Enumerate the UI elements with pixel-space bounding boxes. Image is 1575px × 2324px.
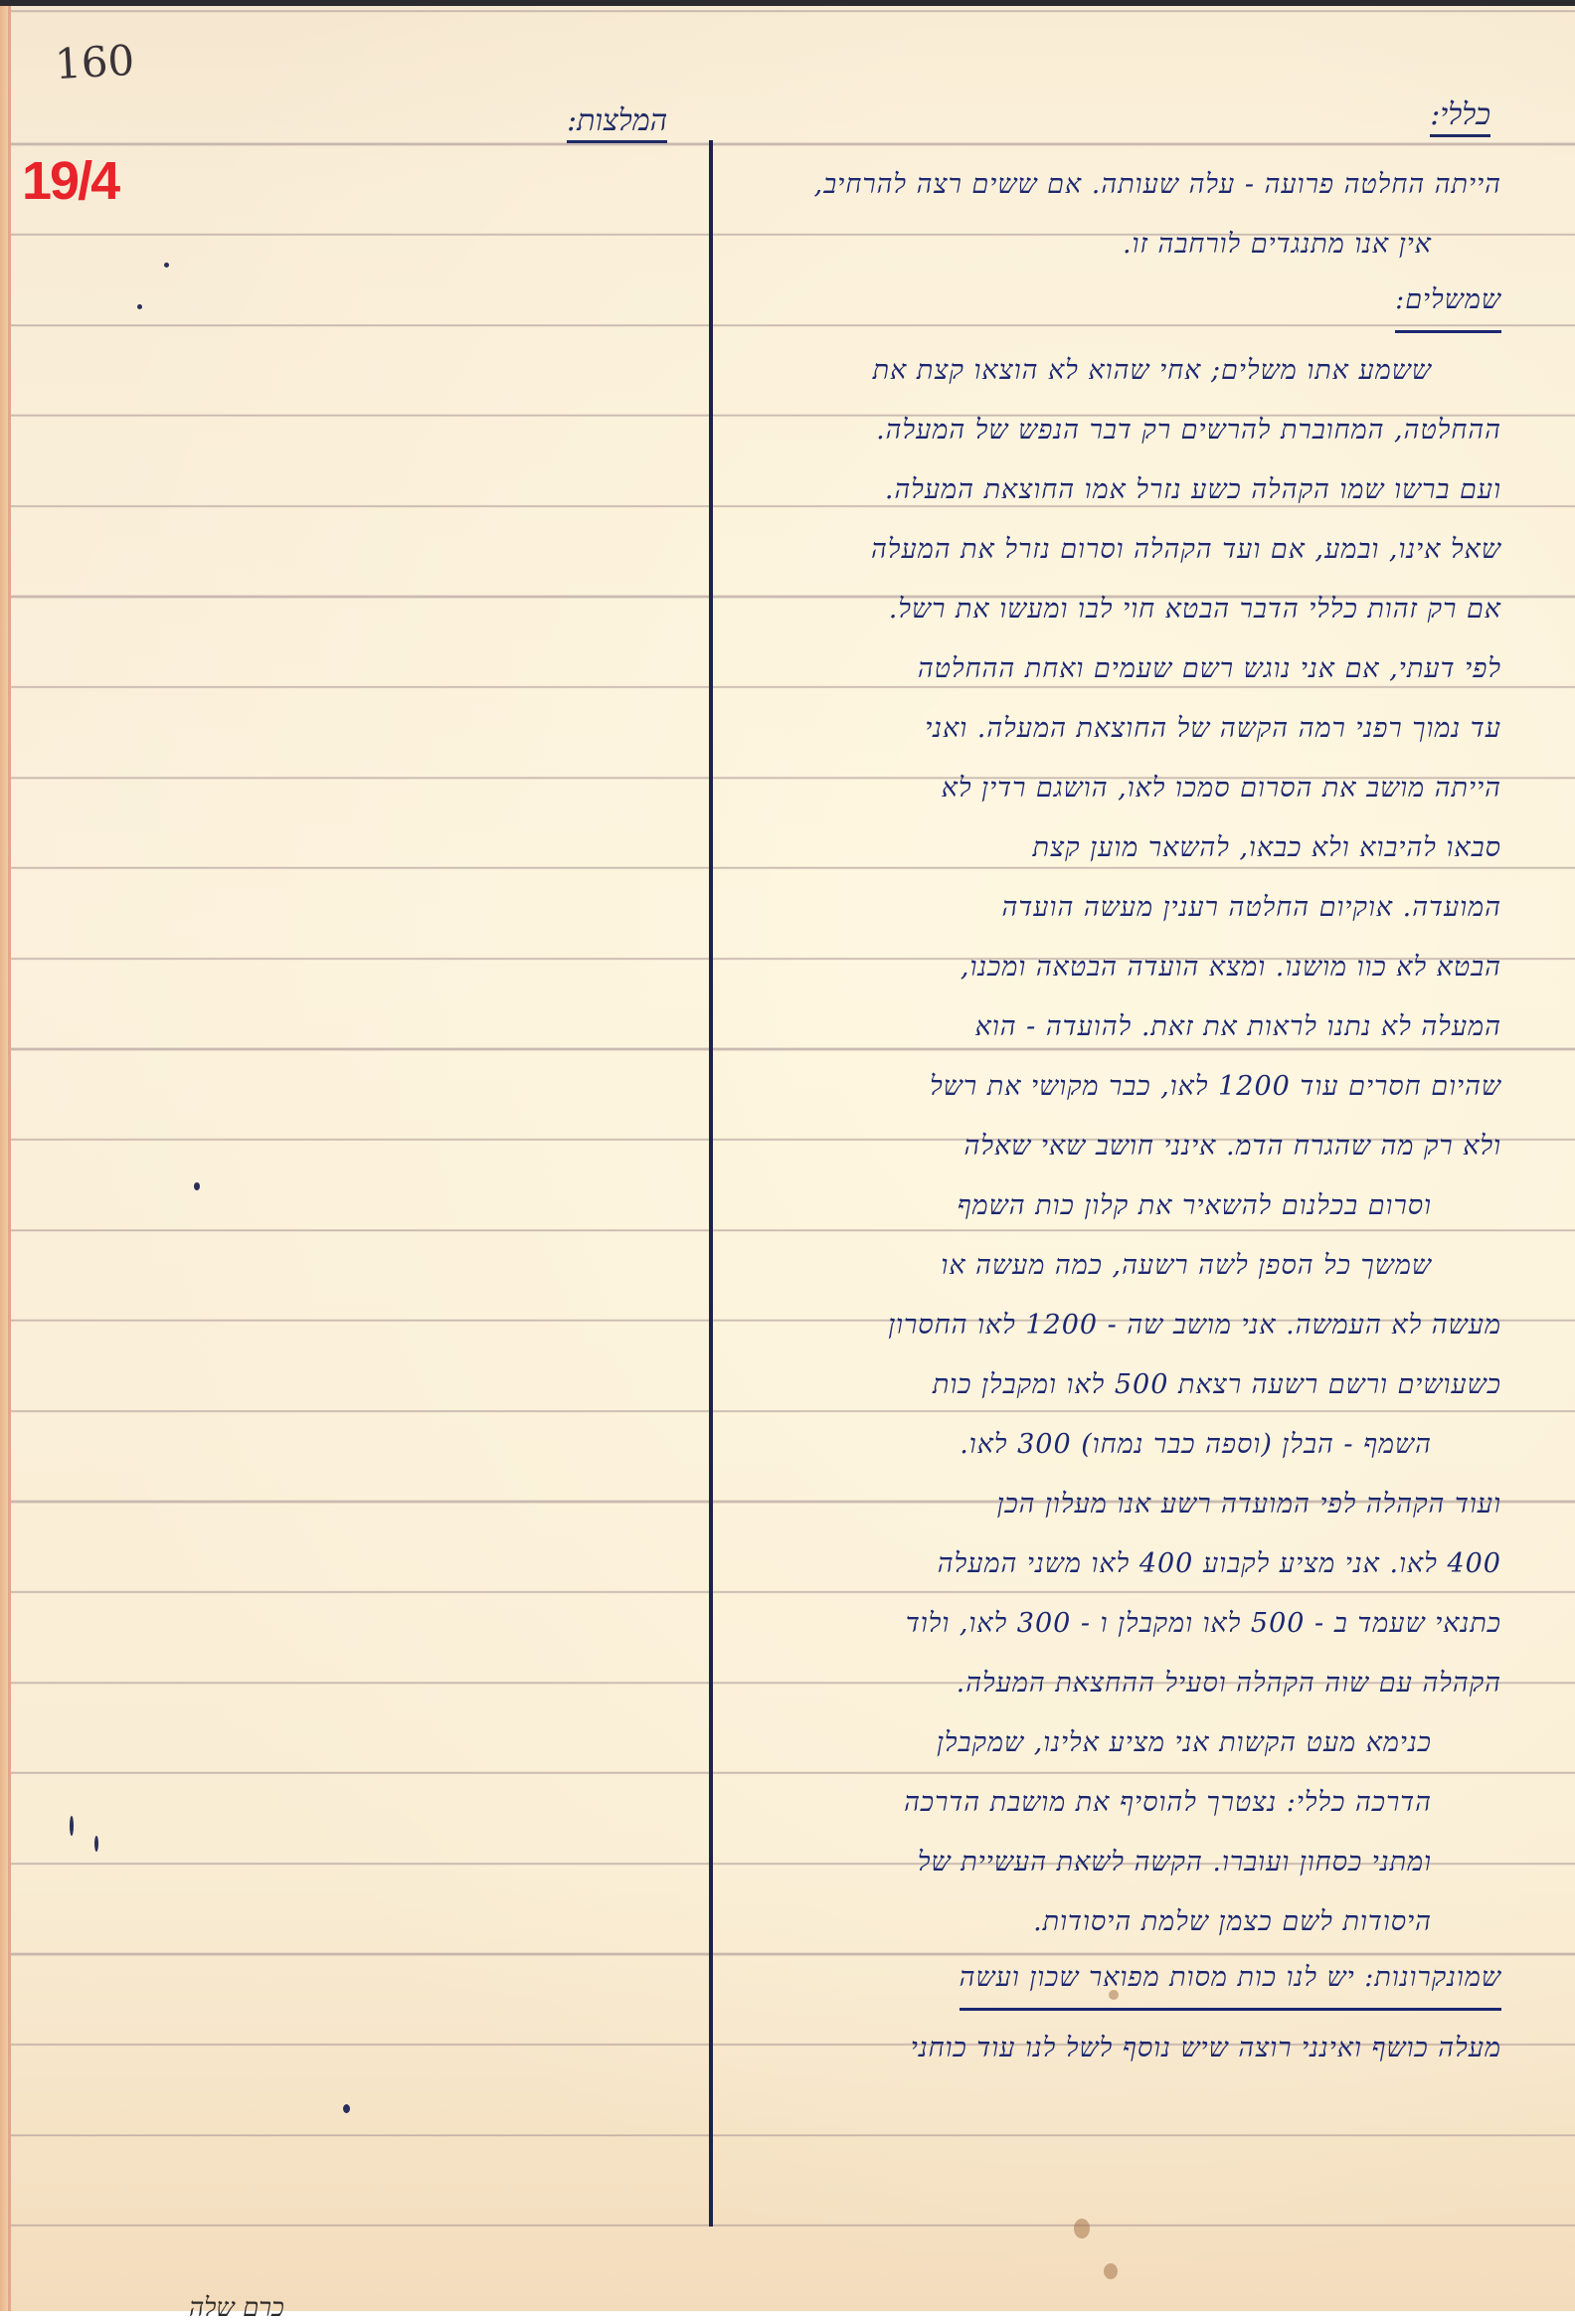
- ink-speck: [164, 263, 169, 268]
- handwritten-line: ומתני כסחון ועוברו. הקשה לשאת העשיית של: [726, 1833, 1501, 1892]
- text-line: כתנאי שעמד ב - 500 לאו ומקבלן ו - 300 לא…: [726, 1594, 1501, 1654]
- text-line: ששמע אתו משלים; אחי שהוא לא הוצאו קצת את: [726, 341, 1501, 401]
- handwritten-line: אם רק זהות כללי הדבר הבטא חוי לבו ומעשו …: [726, 580, 1501, 639]
- handwritten-line: לפי דעתי, אם אני נוגש רשם שעמים ואחת ההח…: [726, 639, 1501, 699]
- handwritten-line: השמף - הבלן (וספה כבר נמחו) 300 לאו.: [726, 1415, 1501, 1475]
- text-line: הדרכה כללי: נצטרך להוסיף את מושבת הדרכה: [726, 1773, 1501, 1833]
- text-line: מעשה לא העמשה. אני מושב שה - 1200 לאו הח…: [726, 1296, 1501, 1355]
- text-line: הבטא לא כוו מושנו. ומצא הועדה הבטאה ומכנ…: [726, 938, 1501, 997]
- text-line: מעלה כושף ואינני רוצה שיש נוסף לשל לנו ע…: [726, 2019, 1501, 2078]
- handwritten-line: ששמע אתו משלים; אחי שהוא לא הוצאו קצת את: [726, 341, 1501, 401]
- text-line: ועוד הקהלה לפי המועדה רשע אנו מעלון הכן: [726, 1475, 1501, 1534]
- subheading-line: שמונקרונות: יש לנו כות מסות מפואר שכון ו…: [960, 1952, 1501, 2011]
- text-line: שאל אינו, ובמע, אם ועד הקהלה וסרום נזרל …: [726, 520, 1501, 580]
- ink-speck: [194, 1182, 200, 1190]
- handwritten-line: ועם ברשו שמו הקהלה כשע נזרל אמו החוצאת ה…: [726, 460, 1501, 520]
- handwritten-line: המועדה. אוקיום החלטה רענין מעשה הועדה: [726, 878, 1501, 938]
- handwritten-line: ולא רק מה שהגרח הדמ. אינני חושב שאי שאלה: [726, 1117, 1501, 1176]
- text-line: שמשך כל הספן לשה רשעה, כמה מעשה או: [726, 1236, 1501, 1296]
- handwritten-line: הדרכה כללי: נצטרך להוסיף את מושבת הדרכה: [726, 1773, 1501, 1833]
- handwritten-line: הבטא לא כוו מושנו. ומצא הועדה הבטאה ומכנ…: [726, 938, 1501, 997]
- text-line: היסודות לשם כצמן שלמת היסודות.: [726, 1892, 1501, 1952]
- text-line: ועם ברשו שמו הקהלה כשע נזרל אמו החוצאת ה…: [726, 460, 1501, 520]
- text-line: לפי דעתי, אם אני נוגש רשם שעמים ואחת ההח…: [726, 639, 1501, 699]
- text-line: הייתה החלטה פרועה - עלה שעותה. אם ששים ר…: [726, 155, 1501, 215]
- ink-speck: [70, 1816, 74, 1836]
- ink-speck: [137, 304, 142, 309]
- paper-stain: [1074, 2219, 1090, 2238]
- handwritten-line: אין אנו מתנגדים לורחבה זו.: [726, 215, 1501, 274]
- subheading-line: שמשלים:: [1395, 274, 1501, 333]
- ink-speck: [94, 1836, 98, 1852]
- handwritten-line: היסודות לשם כצמן שלמת היסודות.: [726, 1892, 1501, 1952]
- text-line: ולא רק מה שהגרח הדמ. אינני חושב שאי שאלה: [726, 1117, 1501, 1176]
- text-line: אם רק זהות כללי הדבר הבטא חוי לבו ומעשו …: [726, 580, 1501, 639]
- handwritten-line: וסרום בכלנום להשאיר את קלון כות השמף: [726, 1176, 1501, 1236]
- handwritten-text-column: הייתה החלטה פרועה - עלה שעותה. אם ששים ר…: [726, 155, 1501, 2078]
- handwritten-line: שמונקרונות: יש לנו כות מסות מפואר שכון ו…: [726, 1952, 1501, 2019]
- text-line: המעלה לא נתנו לראות את זאת. להועדה - הוא: [726, 997, 1501, 1057]
- handwritten-line: כשעושים ורשם רשעה רצאת 500 לאו ומקבלן כו…: [726, 1355, 1501, 1415]
- text-line: ההחלטה, המחוברת להרשים רק דבר הנפש של המ…: [726, 401, 1501, 460]
- text-line: המועדה. אוקיום החלטה רענין מעשה הועדה: [726, 878, 1501, 938]
- bottom-scribble: כרם שלה: [189, 2293, 284, 2323]
- handwritten-line: שאל אינו, ובמע, אם ועד הקהלה וסרום נזרל …: [726, 520, 1501, 580]
- paper-stain: [1109, 1990, 1119, 2000]
- handwritten-line: ועוד הקהלה לפי המועדה רשע אנו מעלון הכן: [726, 1475, 1501, 1534]
- ink-speck: [343, 2104, 350, 2113]
- handwritten-line: שמשך כל הספן לשה רשעה, כמה מעשה או: [726, 1236, 1501, 1296]
- handwritten-line: ההחלטה, המחוברת להרשים רק דבר הנפש של המ…: [726, 401, 1501, 460]
- column-divider: [709, 140, 713, 2227]
- handwritten-line: הקהלה עם שוה הקהלה וסעיל ההחצאת המעלה.: [726, 1654, 1501, 1713]
- handwritten-line: מעלה כושף ואינני רוצה שיש נוסף לשל לנו ע…: [726, 2019, 1501, 2078]
- text-line: 400 לאו. אני מציע לקבוע 400 לאו משני המע…: [726, 1534, 1501, 1594]
- handwritten-line: שהיום חסרים עוד 1200 לאו, כבר מקושי את ר…: [726, 1057, 1501, 1117]
- handwritten-line: מעשה לא העמשה. אני מושב שה - 1200 לאו הח…: [726, 1296, 1501, 1355]
- text-line: אין אנו מתנגדים לורחבה זו.: [726, 215, 1501, 274]
- text-line: כשעושים ורשם רשעה רצאת 500 לאו ומקבלן כו…: [726, 1355, 1501, 1415]
- handwritten-line: המעלה לא נתנו לראות את זאת. להועדה - הוא: [726, 997, 1501, 1057]
- text-line: כנימא מעט הקשות אני מציע אלינו, שמקבלן: [726, 1713, 1501, 1773]
- handwritten-line: 400 לאו. אני מציע לקבוע 400 לאו משני המע…: [726, 1534, 1501, 1594]
- text-line: סבאו להיבוא ולא כבאו, להשאר מוען קצת: [726, 818, 1501, 878]
- handwritten-line: כנימא מעט הקשות אני מציע אלינו, שמקבלן: [726, 1713, 1501, 1773]
- text-line: וסרום בכלנום להשאיר את קלון כות השמף: [726, 1176, 1501, 1236]
- red-margin-line: [8, 6, 11, 2311]
- handwritten-line: שמשלים:: [726, 274, 1501, 341]
- text-line: הקהלה עם שוה הקהלה וסעיל ההחצאת המעלה.: [726, 1654, 1501, 1713]
- page-number: 160: [54, 36, 136, 89]
- handwritten-line: הייתה החלטה פרועה - עלה שעותה. אם ששים ר…: [726, 155, 1501, 215]
- date-stamp: 19/4: [22, 150, 118, 212]
- handwritten-line: סבאו להיבוא ולא כבאו, להשאר מוען קצת: [726, 818, 1501, 878]
- paper-stain: [1104, 2263, 1118, 2279]
- handwritten-line: עד נמוך רפני רמה הקשה של החוצאת המעלה. ו…: [726, 699, 1501, 759]
- recommendations-heading: המלצות:: [567, 103, 667, 143]
- handwritten-line: הייתה מושב את הסרום סמכו לאו, הושגם רדין…: [726, 759, 1501, 818]
- text-line: ומתני כסחון ועוברו. הקשה לשאת העשיית של: [726, 1833, 1501, 1892]
- text-line: השמף - הבלן (וספה כבר נמחו) 300 לאו.: [726, 1415, 1501, 1475]
- general-heading: כללי:: [1430, 97, 1490, 137]
- notebook-page: 160 19/4 המלצות: כללי: הייתה החלטה פרועה…: [0, 0, 1575, 2311]
- text-line: עד נמוך רפני רמה הקשה של החוצאת המעלה. ו…: [726, 699, 1501, 759]
- handwritten-line: כתנאי שעמד ב - 500 לאו ומקבלן ו - 300 לא…: [726, 1594, 1501, 1654]
- text-line: שהיום חסרים עוד 1200 לאו, כבר מקושי את ר…: [726, 1057, 1501, 1117]
- text-line: הייתה מושב את הסרום סמכו לאו, הושגם רדין…: [726, 759, 1501, 818]
